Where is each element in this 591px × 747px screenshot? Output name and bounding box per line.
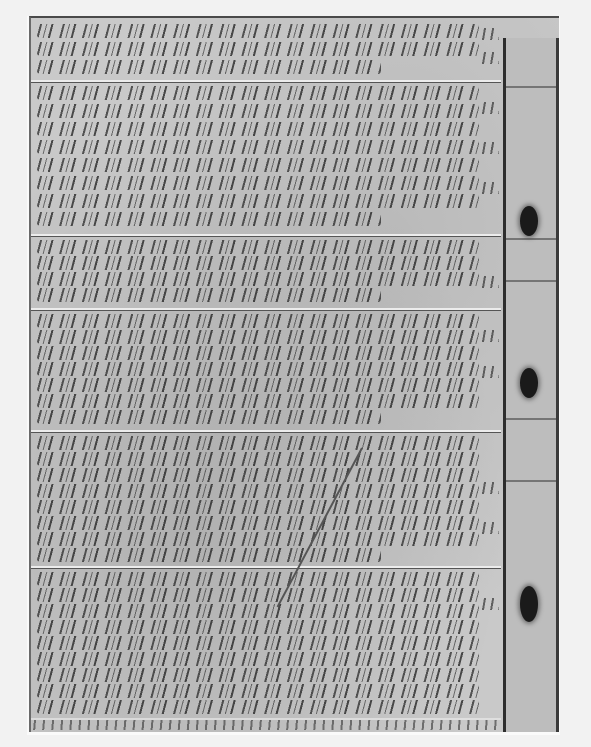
cuneiform-line xyxy=(37,588,479,602)
cuneiform-line xyxy=(37,532,479,546)
margin-sign xyxy=(481,598,499,610)
cuneiform-line xyxy=(37,122,479,136)
cuneiform-line xyxy=(37,668,479,682)
margin-sign xyxy=(481,330,499,342)
margin-sign xyxy=(481,142,499,154)
cuneiform-line xyxy=(37,104,479,118)
text-section-6 xyxy=(31,568,501,718)
cuneiform-line xyxy=(37,194,479,208)
margin-sign xyxy=(481,52,499,64)
side-divider xyxy=(506,418,556,420)
cuneiform-line xyxy=(37,548,381,562)
tablet-main-text-area xyxy=(31,18,501,732)
margin-sign xyxy=(481,522,499,534)
cuneiform-line xyxy=(37,620,479,634)
text-section-5 xyxy=(31,432,501,564)
cuneiform-line xyxy=(37,410,381,424)
side-divider xyxy=(506,280,556,282)
margin-sign xyxy=(481,182,499,194)
cuneiform-line xyxy=(37,652,479,666)
cuneiform-line xyxy=(37,700,479,714)
cuneiform-line xyxy=(37,330,479,344)
bottom-text-strip xyxy=(31,718,501,730)
cuneiform-line xyxy=(37,604,479,618)
cuneiform-line xyxy=(37,346,479,360)
cuneiform-line xyxy=(37,394,479,408)
cuneiform-line xyxy=(37,500,479,514)
cuneiform-line xyxy=(37,684,479,698)
margin-sign xyxy=(481,102,499,114)
cuneiform-line xyxy=(37,240,479,254)
cuneiform-line xyxy=(37,86,479,100)
text-section-1 xyxy=(31,18,501,78)
cuneiform-line xyxy=(37,636,479,650)
cuneiform-line xyxy=(37,140,479,154)
cuneiform-line xyxy=(37,256,479,270)
cuneiform-line xyxy=(37,468,479,482)
margin-sign xyxy=(481,276,499,288)
side-divider xyxy=(506,480,556,482)
margin-sign xyxy=(481,28,499,40)
cuneiform-line xyxy=(37,288,381,302)
margin-sign xyxy=(481,482,499,494)
photograph xyxy=(27,16,560,735)
cuneiform-line xyxy=(37,572,479,586)
cuneiform-line xyxy=(37,484,479,498)
cuneiform-line xyxy=(37,436,479,450)
cuneiform-line xyxy=(37,378,479,392)
text-section-2 xyxy=(31,82,501,232)
cuneiform-line xyxy=(37,362,479,376)
text-section-4 xyxy=(31,310,501,428)
seal-impression xyxy=(520,368,538,398)
cuneiform-line xyxy=(37,516,479,530)
cuneiform-line xyxy=(37,272,479,286)
cuneiform-line xyxy=(37,176,479,190)
margin-sign xyxy=(481,366,499,378)
seal-impression xyxy=(520,586,538,622)
cuneiform-line xyxy=(37,24,479,38)
cuneiform-line xyxy=(37,60,381,74)
cuneiform-line xyxy=(37,42,479,56)
seal-impression xyxy=(520,206,538,236)
cuneiform-line xyxy=(37,158,479,172)
side-divider xyxy=(506,86,556,88)
side-divider xyxy=(506,238,556,240)
text-section-3 xyxy=(31,236,501,306)
cuneiform-line xyxy=(37,212,381,226)
cuneiform-line xyxy=(37,314,479,328)
right-side-column xyxy=(503,38,559,732)
cuneiform-line xyxy=(37,452,479,466)
cuneiform-tablet xyxy=(29,16,559,732)
